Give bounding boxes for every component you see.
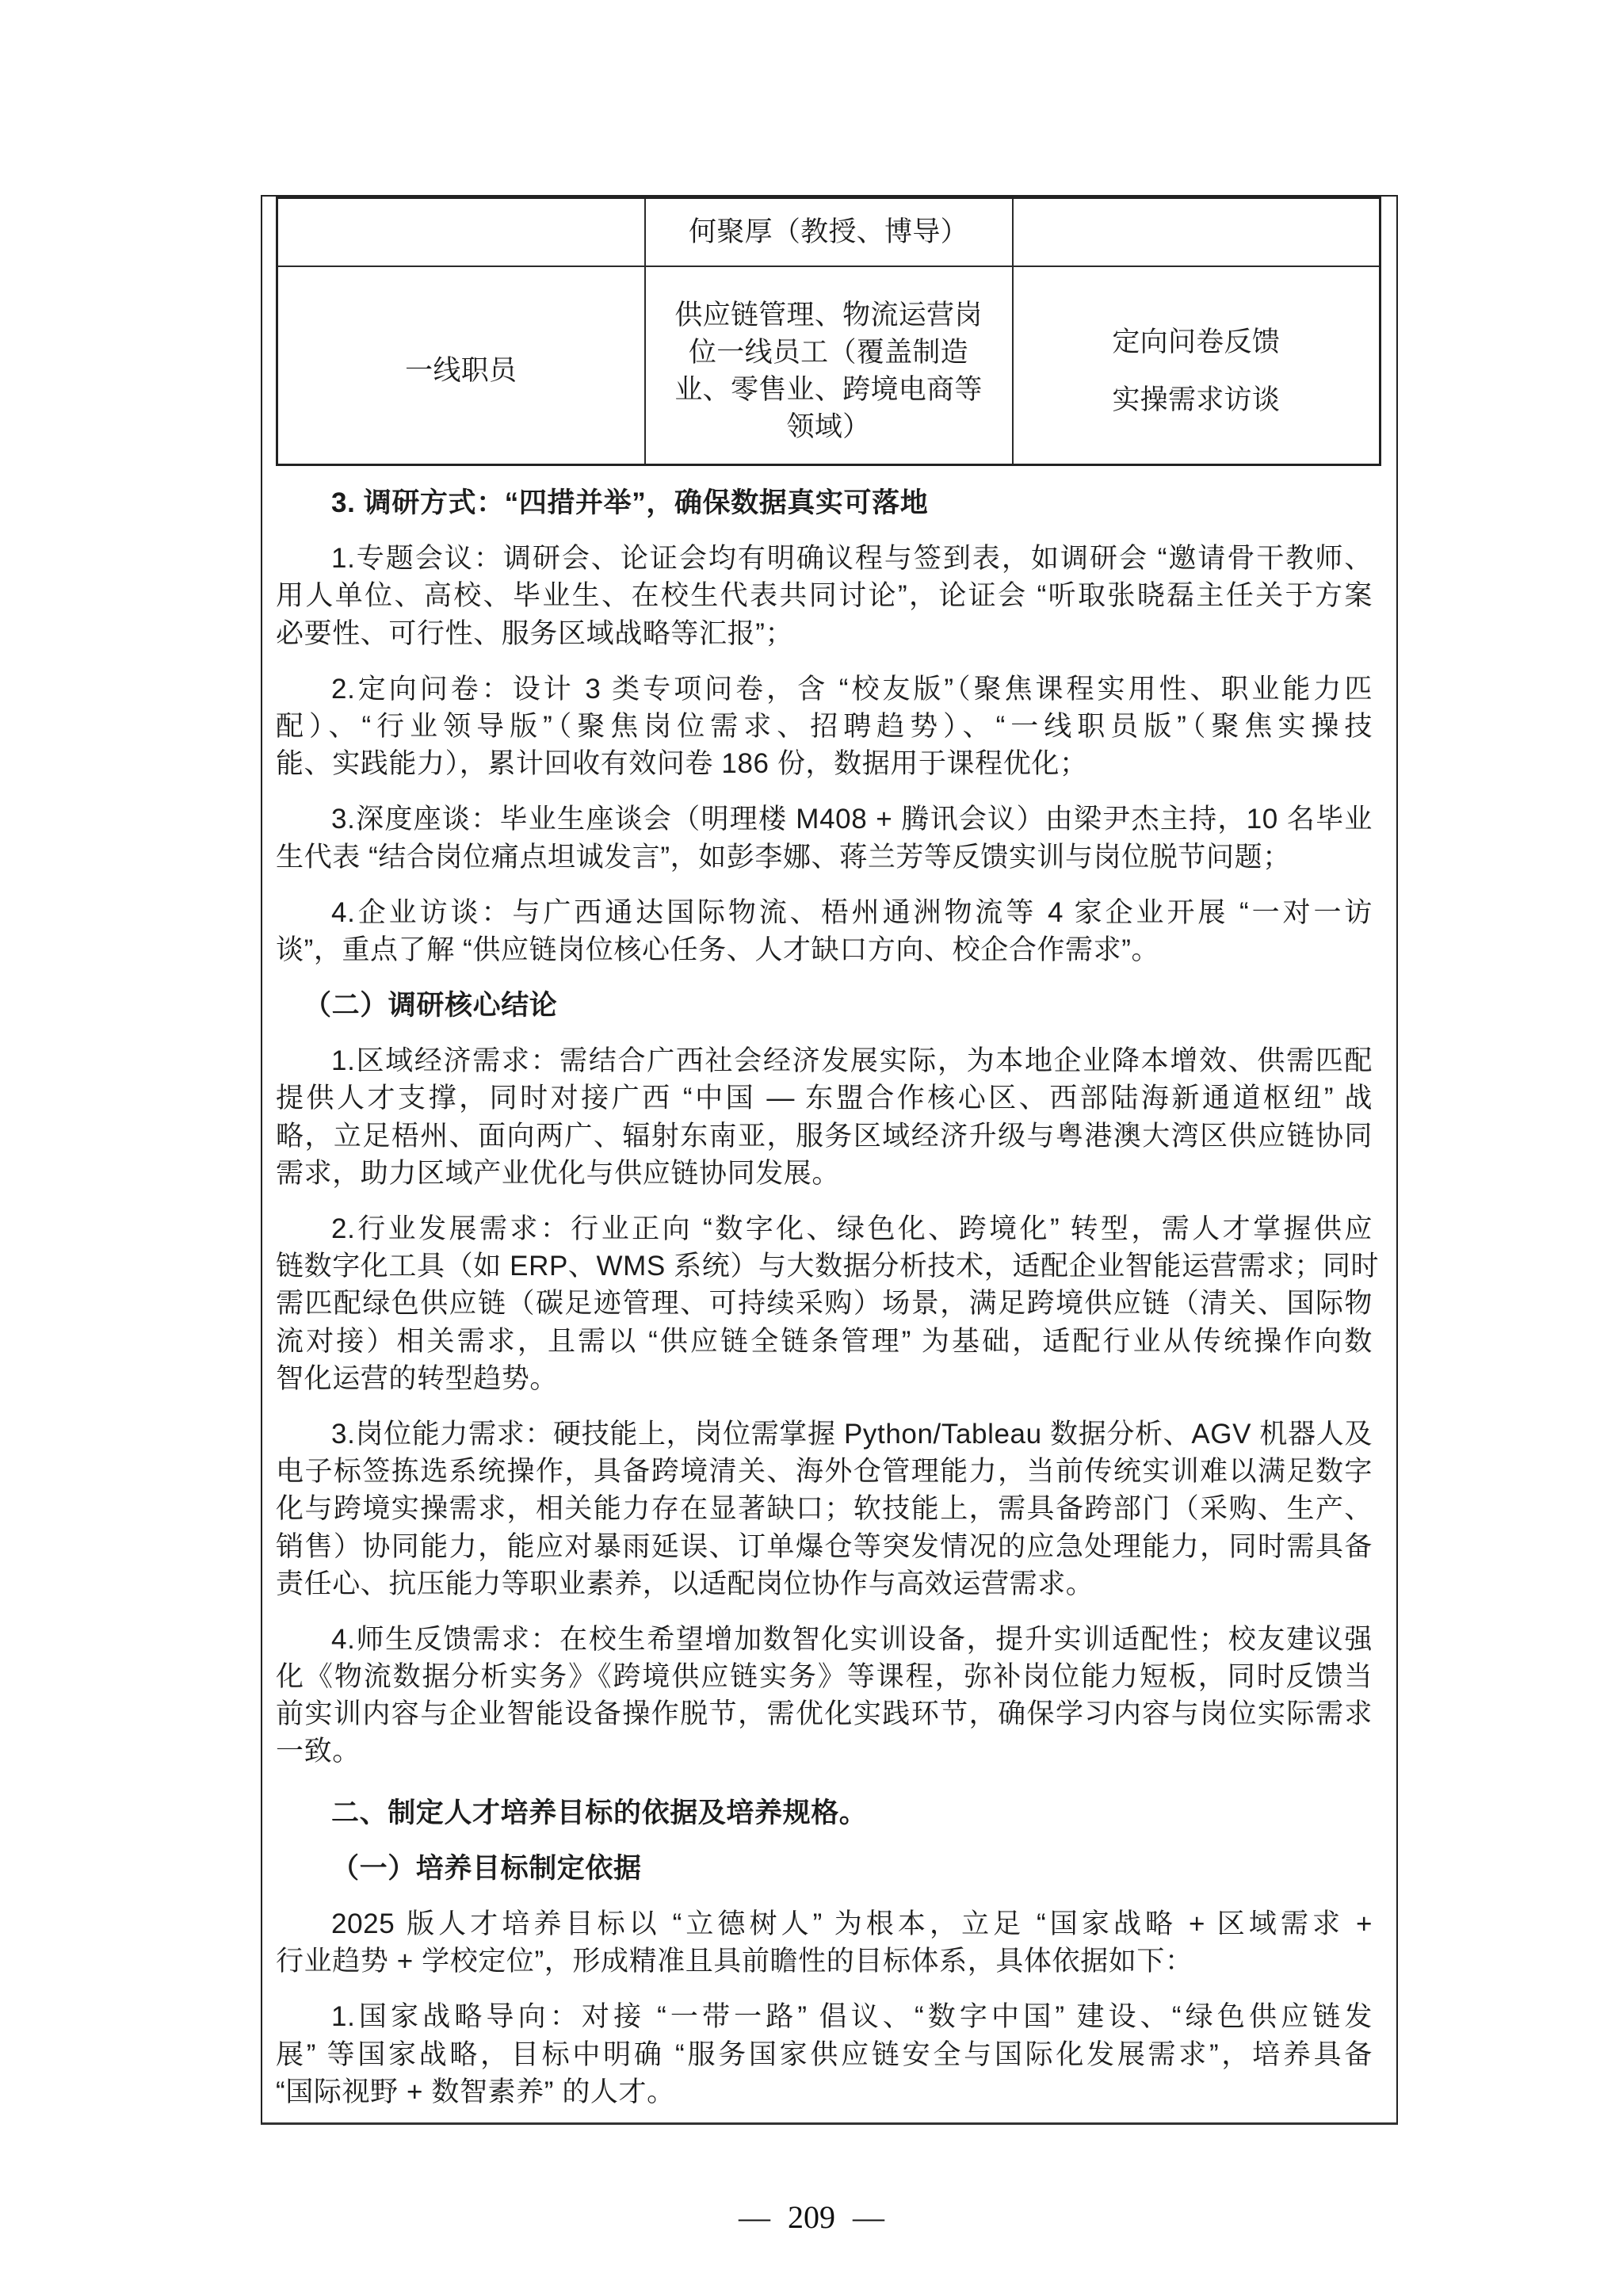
- heading-text: （二）调研核心结论: [276, 987, 1373, 1024]
- paragraph-line: 能、实践能力），累计回收有效问卷 186 份，数据用于课程优化；: [276, 745, 1373, 782]
- table-cell-method: [1013, 198, 1381, 266]
- paragraph-line: 前实训内容与企业智能设备操作脱节，需优化实践环节，确保学习内容与岗位实际需求: [276, 1695, 1373, 1733]
- document-page: 何聚厚（教授、博导） 一线职员 供应链管理、物流运营岗 位一线员工（覆盖制造 业…: [0, 0, 1623, 2296]
- paragraph-line: 4.企业访谈：与广西通达国际物流、梧州通洲物流等 4 家企业开展 “一对一访: [276, 894, 1373, 931]
- table-cell-participants: 何聚厚（教授、博导）: [645, 198, 1013, 266]
- paragraph-topic-meetings: 1.专题会议：调研会、论证会均有明确议程与签到表，如调研会 “邀请骨干教师、 用…: [276, 540, 1373, 652]
- paragraph-line: 4.师生反馈需求：在校生希望增加数智化实训设备，提升实训适配性；校友建议强: [276, 1621, 1373, 1658]
- cell-text: 领域）: [646, 408, 1012, 445]
- paragraph-line: 化《物流数据分析实务》《跨境供应链实务》等课程，弥补岗位能力短板，同时反馈当: [276, 1658, 1373, 1695]
- paragraph-symposium: 3.深度座谈：毕业生座谈会（明理楼 M408 + 腾讯会议）由梁尹杰主持，10 …: [276, 800, 1373, 875]
- heading-text: （一）培养目标制定依据: [276, 1850, 1373, 1887]
- paragraph-line: 生代表 “结合岗位痛点坦诚发言”，如彭李娜、蒋兰芳等反馈实训与岗位脱节问题；: [276, 839, 1373, 876]
- paragraph-line: 必要性、可行性、服务区域战略等汇报”；: [276, 615, 1373, 652]
- cell-text: 何聚厚（教授、博导）: [646, 213, 1012, 250]
- body-text: 3. 调研方式：“四措并举”，确保数据真实可落地 1.专题会议：调研会、论证会均…: [276, 484, 1373, 2111]
- section-heading-survey-methods: 3. 调研方式：“四措并举”，确保数据真实可落地: [276, 484, 1373, 521]
- paragraph-line: 配）、“行业领导版”（聚焦岗位需求、招聘趋势）、“一线职员版”（聚焦实操技: [276, 708, 1373, 745]
- paragraph-line: 提供人才支撑，同时对接广西 “中国 — 东盟合作核心区、西部陆海新通道枢纽” 战: [276, 1079, 1373, 1117]
- paragraph-line: 链数字化工具（如 ERP、WMS 系统）与大数据分析技术，适配企业智能运营需求；…: [276, 1247, 1373, 1285]
- paragraph-line: 用人单位、高校、毕业生、在校生代表共同讨论”，论证会 “听取张晓磊主任关于方案: [276, 577, 1373, 614]
- section-heading-training-objectives: 二、制定人才培养目标的依据及培养规格。: [276, 1794, 1373, 1832]
- table-cell-category: 一线职员: [277, 266, 645, 465]
- table-row: 何聚厚（教授、博导）: [277, 198, 1381, 266]
- content-frame: 何聚厚（教授、博导） 一线职员 供应链管理、物流运营岗 位一线员工（覆盖制造 业…: [261, 195, 1398, 2125]
- paragraph-line: 2.行业发展需求：行业正向 “数字化、绿色化、跨境化” 转型，需人才掌握供应: [276, 1210, 1373, 1247]
- cell-text: 业、零售业、跨境电商等: [646, 371, 1012, 408]
- cell-text: 定向问卷反馈: [1014, 323, 1380, 361]
- cell-text: 实操需求访谈: [1014, 381, 1380, 418]
- paragraph-line: 流对接）相关需求，且需以 “供应链全链条管理” 为基础，适配行业从传统操作向数: [276, 1323, 1373, 1360]
- paragraph-line: 3.岗位能力需求：硬技能上，岗位需掌握 Python/Tableau 数据分析、…: [276, 1415, 1373, 1453]
- paragraph-line: 需匹配绿色供应链（碳足迹管理、可持续采购）场景，满足跨境供应链（清关、国际物: [276, 1285, 1373, 1322]
- survey-participants-table: 何聚厚（教授、博导） 一线职员 供应链管理、物流运营岗 位一线员工（覆盖制造 业…: [276, 197, 1381, 466]
- paragraph-line: 2.定向问卷：设计 3 类专项问卷，含 “校友版”（聚焦课程实用性、职业能力匹: [276, 670, 1373, 708]
- paragraph-industry-development: 2.行业发展需求：行业正向 “数字化、绿色化、跨境化” 转型，需人才掌握供应 链…: [276, 1210, 1373, 1397]
- paragraph-line: 1.专题会议：调研会、论证会均有明确议程与签到表，如调研会 “邀请骨干教师、: [276, 540, 1373, 577]
- paragraph-line: 2025 版人才培养目标以 “立德树人” 为根本，立足 “国家战略 + 区域需求…: [276, 1905, 1373, 1943]
- paragraph-line: 3.深度座谈：毕业生座谈会（明理楼 M408 + 腾讯会议）由梁尹杰主持，10 …: [276, 800, 1373, 838]
- table-cell-category: [277, 198, 645, 266]
- paragraph-2025-objectives: 2025 版人才培养目标以 “立德树人” 为根本，立足 “国家战略 + 区域需求…: [276, 1905, 1373, 1980]
- paragraph-line: 需求，助力区域产业优化与供应链协同发展。: [276, 1155, 1373, 1192]
- table-row: 一线职员 供应链管理、物流运营岗 位一线员工（覆盖制造 业、零售业、跨境电商等 …: [277, 266, 1381, 465]
- paragraph-line: 一致。: [276, 1733, 1373, 1770]
- paragraph-line: “国际视野 + 数智素养” 的人才。: [276, 2073, 1373, 2111]
- paragraph-line: 1.国家战略导向：对接 “一带一路” 倡议、“数字中国” 建设、“绿色供应链发: [276, 1998, 1373, 2035]
- paragraph-job-competency: 3.岗位能力需求：硬技能上，岗位需掌握 Python/Tableau 数据分析、…: [276, 1415, 1373, 1603]
- paragraph-line: 责任心、抗压能力等职业素养，以适配岗位协作与高效运营需求。: [276, 1565, 1373, 1603]
- paragraph-line: 谈”，重点了解 “供应链岗位核心任务、人才缺口方向、校企合作需求”。: [276, 931, 1373, 968]
- table-cell-method: 定向问卷反馈 实操需求访谈: [1013, 266, 1381, 465]
- paragraph-national-strategy: 1.国家战略导向：对接 “一带一路” 倡议、“数字中国” 建设、“绿色供应链发 …: [276, 1998, 1373, 2111]
- paragraph-regional-economy: 1.区域经济需求：需结合广西社会经济发展实际，为本地企业降本增效、供需匹配 提供…: [276, 1042, 1373, 1192]
- page-number: — 209 —: [0, 2198, 1623, 2237]
- paragraph-line: 1.区域经济需求：需结合广西社会经济发展实际，为本地企业降本增效、供需匹配: [276, 1042, 1373, 1079]
- heading-text: 3. 调研方式：“四措并举”，确保数据真实可落地: [276, 484, 1373, 521]
- table-cell-participants: 供应链管理、物流运营岗 位一线员工（覆盖制造 业、零售业、跨境电商等 领域）: [645, 266, 1013, 465]
- paragraph-teacher-student-feedback: 4.师生反馈需求：在校生希望增加数智化实训设备，提升实训适配性；校友建议强 化《…: [276, 1621, 1373, 1771]
- heading-text: 二、制定人才培养目标的依据及培养规格。: [276, 1794, 1373, 1832]
- paragraph-line: 销售）协同能力，能应对暴雨延误、订单爆仓等突发情况的应急处理能力，同时需具备: [276, 1528, 1373, 1565]
- paragraph-line: 电子标签拣选系统操作，具备跨境清关、海外仓管理能力，当前传统实训难以满足数字: [276, 1453, 1373, 1490]
- paragraph-line: 展” 等国家战略，目标中明确 “服务国家供应链安全与国际化发展需求”，培养具备: [276, 2036, 1373, 2073]
- paragraph-line: 行业趋势 + 学校定位”，形成精准且具前瞻性的目标体系，具体依据如下：: [276, 1943, 1373, 1980]
- section-heading-objective-basis: （一）培养目标制定依据: [276, 1850, 1373, 1887]
- paragraph-line: 化与跨境实操需求，相关能力存在显著缺口；软技能上，需具备跨部门（采购、生产、: [276, 1490, 1373, 1527]
- section-heading-core-conclusions: （二）调研核心结论: [276, 987, 1373, 1024]
- cell-text: 一线职员: [278, 352, 644, 389]
- cell-text: 位一线员工（覆盖制造: [646, 334, 1012, 371]
- paragraph-line: 略，立足梧州、面向两广、辐射东南亚，服务区域经济升级与粤港澳大湾区供应链协同: [276, 1117, 1373, 1155]
- paragraph-questionnaires: 2.定向问卷：设计 3 类专项问卷，含 “校友版”（聚焦课程实用性、职业能力匹 …: [276, 670, 1373, 783]
- cell-text: 供应链管理、物流运营岗: [646, 296, 1012, 334]
- paragraph-line: 智化运营的转型趋势。: [276, 1360, 1373, 1397]
- paragraph-enterprise-interviews: 4.企业访谈：与广西通达国际物流、梧州通洲物流等 4 家企业开展 “一对一访 谈…: [276, 894, 1373, 968]
